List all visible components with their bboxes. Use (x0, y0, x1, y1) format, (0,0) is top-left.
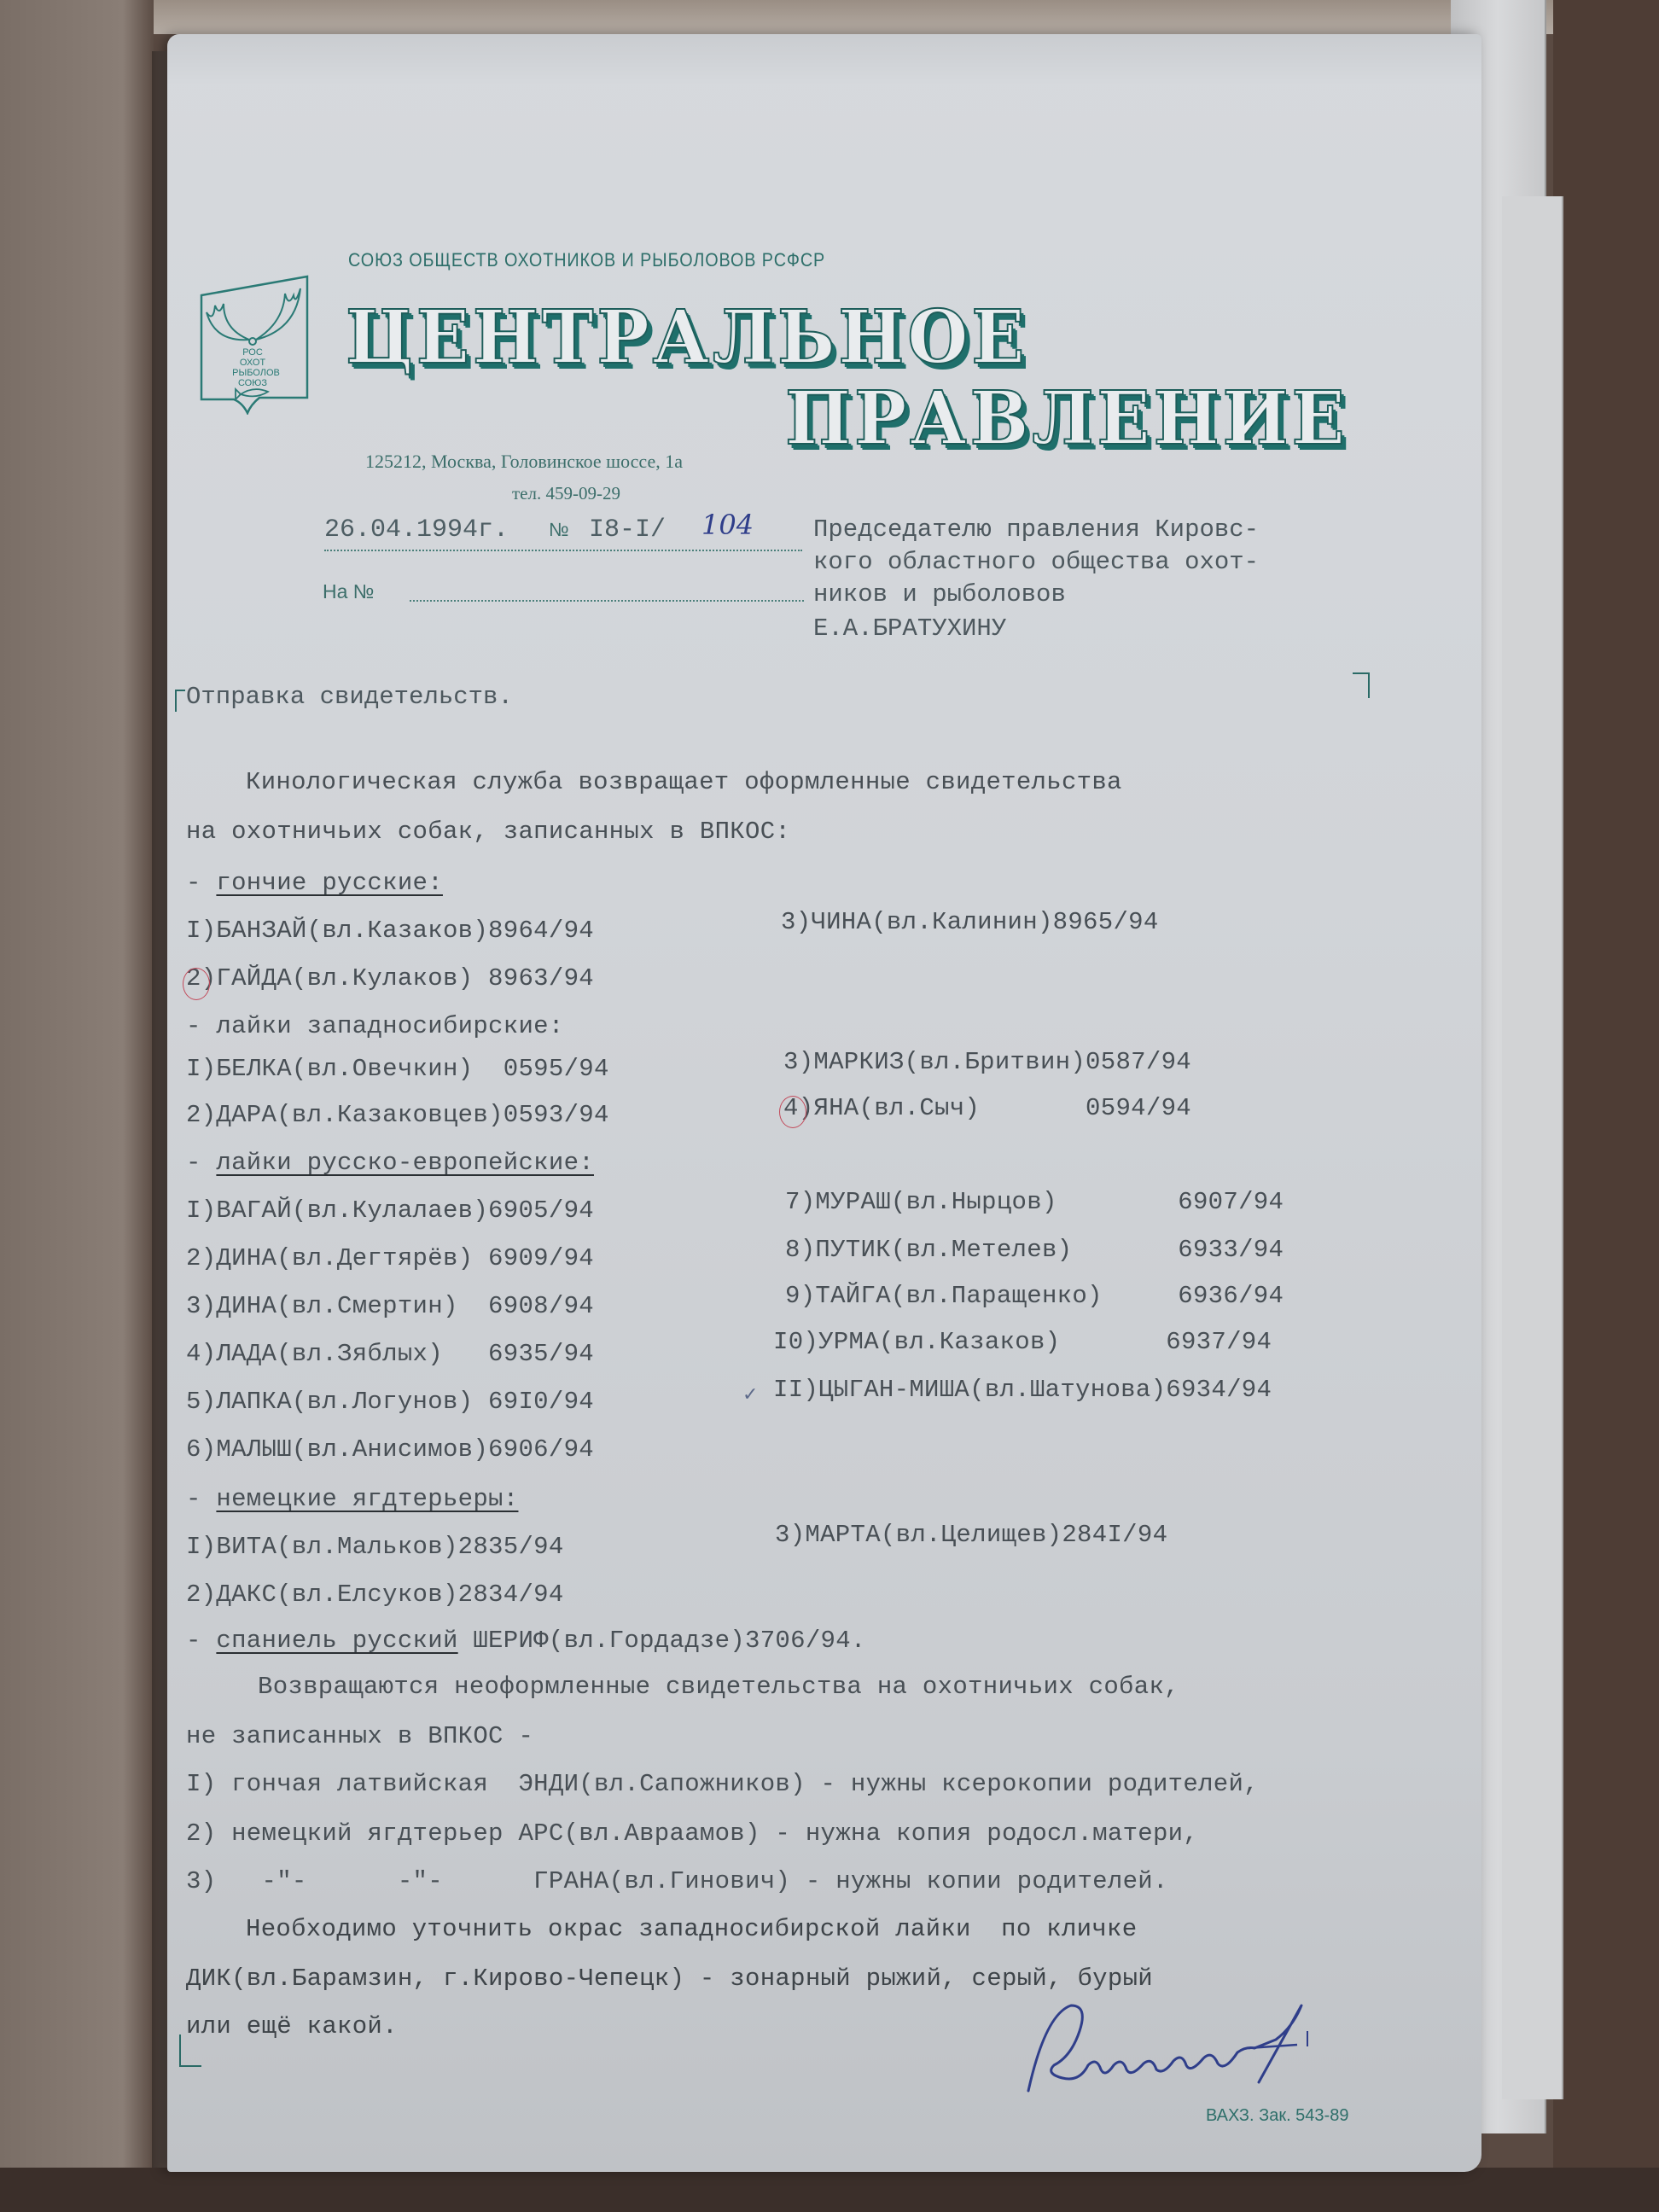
intro-line-2: на охотничьих собак, записанных в ВПКОС: (186, 818, 790, 846)
clarify-line-1: Необходимо уточнить окрас западносибирск… (246, 1915, 1137, 1943)
handwritten-signature (1020, 1997, 1429, 2099)
returned-item: 3) -"- -"- ГРАНА(вл.Гинович) - нужны коп… (186, 1867, 1168, 1895)
red-circle-mark (779, 1096, 806, 1128)
returned-item: 2) немецкий ягдтерьер АРС(вл.Авраамов) -… (186, 1819, 1198, 1848)
ref-number-label: № (549, 519, 569, 541)
dog-entry: I)ВИТА(вл.Мальков)2835/94 (186, 1533, 564, 1561)
dog-entry: I0)УРМА(вл.Казаков) 6937/94 (773, 1328, 1272, 1356)
dog-entry: I)БЕЛКА(вл.Овечкин) 0595/94 (186, 1055, 609, 1083)
section-heading-re-laika: - лайки русско-европейские: (186, 1149, 594, 1177)
subject-line: Отправка свидетельств. (186, 683, 513, 711)
section-heading-ws-laika: - лайки западносибирские: (186, 1012, 564, 1040)
svg-text:ОХОТ: ОХОТ (240, 358, 266, 368)
dog-entry: 3)МАРТА(вл.Целищев)284I/94 (775, 1521, 1167, 1549)
returned-line-1: Возвращаются неоформленные свидетельства… (258, 1673, 1179, 1701)
letterhead-title-line2: ПРАВЛЕНИЕ (785, 375, 1348, 462)
ref-number-typed: I8-I/ (589, 515, 666, 544)
union-title: СОЮЗ ОБЩЕСТВ ОХОТНИКОВ И РЫБОЛОВОВ РСФСР (348, 249, 825, 271)
clarify-line-3: или ещё какой. (186, 2012, 398, 2040)
addressee-name: Е.А.БРАТУХИНУ (813, 614, 1006, 643)
section-heading-jagdterrier: - немецкие ягдтерьеры: (186, 1485, 518, 1513)
intro-line-1: Кинологическая служба возвращает оформле… (246, 768, 1122, 796)
letterhead-title-line1: ЦЕНТРАЛЬНОЕ (346, 294, 1027, 381)
dog-entry: 4)ЯНА(вл.Сыч) 0594/94 (783, 1094, 1191, 1122)
dog-entry: 6)МАЛЫШ(вл.Анисимов)6906/94 (186, 1435, 594, 1464)
dog-entry: 4)ЛАДА(вл.Зяблых) 6935/94 (186, 1340, 594, 1368)
dog-entry: II)ЦЫГАН-МИША(вл.Шатунова)6934/94 (773, 1376, 1272, 1404)
dog-entry: 3)МАРКИЗ(вл.Бритвин)0587/94 (783, 1048, 1191, 1076)
dog-entry: I)БАНЗАЙ(вл.Казаков)8964/94 (186, 917, 594, 945)
svg-text:РЫБОЛОВ: РЫБОЛОВ (232, 368, 280, 378)
letter-date: 26.04.1994г. (324, 515, 509, 544)
dog-entry: 2)ДИНА(вл.Дегтярёв) 6909/94 (186, 1244, 594, 1272)
red-circle-mark (183, 968, 210, 1000)
clarify-line-2: ДИК(вл.Барамзин, г.Кирово-Чепецк) - зона… (186, 1965, 1153, 1993)
print-mark: ВАХЗ. Зак. 543-89 (1206, 2106, 1348, 2126)
letterhead-address: 125212, Москва, Головинское шоссе, 1а (365, 451, 683, 473)
reply-to-label: На № (323, 580, 374, 603)
corner-mark-top-right (1353, 672, 1370, 698)
reply-to-field (410, 600, 804, 602)
section-heading-hounds: - гончие русские: (186, 869, 443, 897)
folder-cover (1553, 0, 1659, 2212)
dog-entry: 2)ДАКС(вл.Елсуков)2834/94 (186, 1580, 564, 1609)
dog-entry: 9)ТАЙГА(вл.Паращенко) 6936/94 (785, 1282, 1284, 1310)
dog-entry: 3)ДИНА(вл.Смертин) 6908/94 (186, 1292, 594, 1320)
folder-top-edge (154, 0, 1553, 34)
svg-text:РОС: РОС (242, 347, 263, 358)
dog-entry: 8)ПУТИК(вл.Метелев) 6933/94 (785, 1236, 1284, 1264)
returned-line-2: не записанных в ВПКОС - (186, 1722, 533, 1750)
spaniel-entry: - спаниель русский ШЕРИФ(вл.Гордадзе)370… (186, 1627, 866, 1655)
dog-entry: I)ВАГАЙ(вл.Кулалаев)6905/94 (186, 1196, 594, 1225)
corner-mark-top-left (175, 690, 185, 712)
underlying-page-edge (1502, 196, 1563, 2099)
dog-entry: 2)ДАРА(вл.Казаковцев)0593/94 (186, 1101, 609, 1129)
dog-entry: 5)ЛАПКА(вл.Логунов) 69I0/94 (186, 1388, 594, 1416)
letterhead-phone: тел. 459-09-29 (512, 483, 620, 504)
folder-bottom (0, 2168, 1659, 2212)
ref-number-handwritten: 104 (701, 509, 754, 541)
binder-left-page (0, 0, 154, 2212)
dog-entry: 3)ЧИНА(вл.Калинин)8965/94 (781, 908, 1159, 936)
dog-entry: 7)МУРАШ(вл.Нырцов) 6907/94 (785, 1188, 1284, 1216)
dog-entry: 2)ГАЙДА(вл.Кулаков) 8963/94 (186, 964, 594, 992)
moose-fish-emblem-icon: РОС ОХОТ РЫБОЛОВ СОЮЗ (189, 270, 317, 415)
returned-item: I) гончая латвийская ЭНДИ(вл.Сапожников)… (186, 1770, 1259, 1798)
addressee-block: Председателю правления Кировс- кого обла… (813, 514, 1259, 611)
check-mark-icon: ✓ (742, 1384, 758, 1406)
svg-text:СОЮЗ: СОЮЗ (238, 378, 267, 388)
